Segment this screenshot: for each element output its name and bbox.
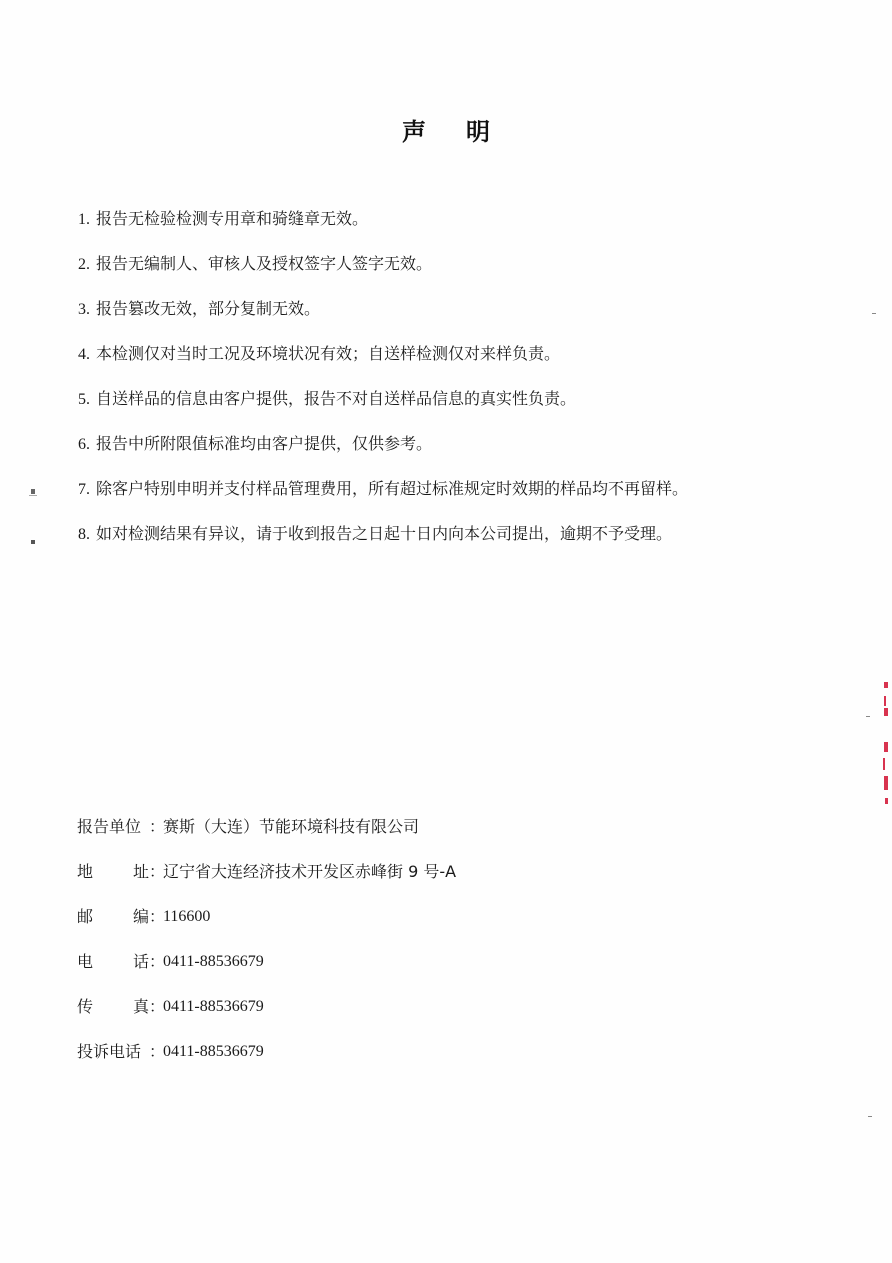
statement-item: 6.报告中所附限值标准均由客户提供，仅供参考。 bbox=[78, 431, 858, 476]
statement-number: 6. bbox=[78, 436, 90, 453]
contact-block: 报告单位 ： 赛斯（大连）节能环境科技有限公司 地址 ： 辽宁省大连经济技术开发… bbox=[77, 814, 677, 1084]
scan-artifact-mark bbox=[872, 313, 876, 314]
statement-text: 自送样品的信息由客户提供，报告不对自送样品信息的真实性负责。 bbox=[96, 389, 576, 408]
contact-row-unit: 报告单位 ： 赛斯（大连）节能环境科技有限公司 bbox=[77, 814, 677, 859]
report-unit-value: 赛斯（大连）节能环境科技有限公司 bbox=[163, 814, 419, 840]
statement-text: 除客户特别申明并支付样品管理费用，所有超过标准规定时效期的样品均不再留样。 bbox=[96, 479, 688, 498]
contact-colon: ： bbox=[149, 994, 163, 1020]
statement-text: 本检测仅对当时工况及环境状况有效；自送样检测仅对来样负责。 bbox=[96, 344, 560, 363]
statement-number: 7. bbox=[78, 481, 90, 498]
fax-value: 0411-88536679 bbox=[163, 994, 264, 1020]
contact-label: 电话 bbox=[77, 949, 149, 975]
statement-number: 5. bbox=[78, 391, 90, 408]
contact-label: 报告单位 bbox=[77, 814, 149, 840]
document-page: 声明 1.报告无检验检测专用章和骑缝章无效。 2.报告无编制人、审核人及授权签字… bbox=[0, 0, 892, 1263]
statement-text: 如对检测结果有异议，请于收到报告之日起十日内向本公司提出，逾期不予受理。 bbox=[96, 524, 672, 543]
statement-number: 8. bbox=[78, 526, 90, 543]
contact-label: 地址 bbox=[77, 859, 149, 885]
complaint-phone-value: 0411-88536679 bbox=[163, 1039, 264, 1065]
statement-text: 报告无编制人、审核人及授权签字人签字无效。 bbox=[96, 254, 432, 273]
contact-row-postcode: 邮编 ： 116600 bbox=[77, 904, 677, 949]
contact-colon: ： bbox=[149, 814, 163, 840]
title-char-1: 声 bbox=[402, 112, 426, 147]
statement-text: 报告中所附限值标准均由客户提供，仅供参考。 bbox=[96, 434, 432, 453]
contact-row-fax: 传真 ： 0411-88536679 bbox=[77, 994, 677, 1039]
contact-colon: ： bbox=[149, 859, 163, 885]
statement-item: 8.如对检测结果有异议，请于收到报告之日起十日内向本公司提出，逾期不予受理。 bbox=[78, 521, 858, 566]
statement-item: 4.本检测仅对当时工况及环境状况有效；自送样检测仅对来样负责。 bbox=[78, 341, 858, 386]
contact-row-address: 地址 ： 辽宁省大连经济技术开发区赤峰街 9 号-A bbox=[77, 859, 677, 904]
contact-colon: ： bbox=[149, 1039, 163, 1065]
statement-list: 1.报告无检验检测专用章和骑缝章无效。 2.报告无编制人、审核人及授权签字人签字… bbox=[78, 206, 858, 566]
contact-label: 投诉电话 bbox=[77, 1039, 149, 1065]
scan-artifact-mark bbox=[29, 495, 37, 496]
statement-text: 报告无检验检测专用章和骑缝章无效。 bbox=[96, 209, 368, 228]
scan-artifact-mark bbox=[31, 540, 35, 544]
contact-colon: ： bbox=[149, 904, 163, 930]
page-title: 声明 bbox=[0, 112, 892, 147]
seal-edge-stamp bbox=[878, 680, 892, 800]
statement-item: 3.报告篡改无效，部分复制无效。 bbox=[78, 296, 858, 341]
statement-item: 2.报告无编制人、审核人及授权签字人签字无效。 bbox=[78, 251, 858, 296]
phone-value: 0411-88536679 bbox=[163, 949, 264, 975]
contact-row-complaint: 投诉电话 ： 0411-88536679 bbox=[77, 1039, 677, 1084]
contact-colon: ： bbox=[149, 949, 163, 975]
scan-artifact-mark bbox=[31, 489, 35, 494]
statement-number: 3. bbox=[78, 301, 90, 318]
title-char-2: 明 bbox=[466, 112, 490, 147]
statement-number: 1. bbox=[78, 211, 90, 228]
scan-artifact-mark bbox=[866, 716, 870, 717]
statement-item: 5.自送样品的信息由客户提供，报告不对自送样品信息的真实性负责。 bbox=[78, 386, 858, 431]
contact-label: 传真 bbox=[77, 994, 149, 1020]
scan-artifact-mark bbox=[868, 1116, 872, 1117]
statement-text: 报告篡改无效，部分复制无效。 bbox=[96, 299, 320, 318]
statement-number: 4. bbox=[78, 346, 90, 363]
address-value: 辽宁省大连经济技术开发区赤峰街 9 号-A bbox=[163, 859, 456, 885]
statement-number: 2. bbox=[78, 256, 90, 273]
postcode-value: 116600 bbox=[163, 904, 210, 930]
statement-item: 7.除客户特别申明并支付样品管理费用，所有超过标准规定时效期的样品均不再留样。 bbox=[78, 476, 858, 521]
contact-row-phone: 电话 ： 0411-88536679 bbox=[77, 949, 677, 994]
statement-item: 1.报告无检验检测专用章和骑缝章无效。 bbox=[78, 206, 858, 251]
contact-label: 邮编 bbox=[77, 904, 149, 930]
